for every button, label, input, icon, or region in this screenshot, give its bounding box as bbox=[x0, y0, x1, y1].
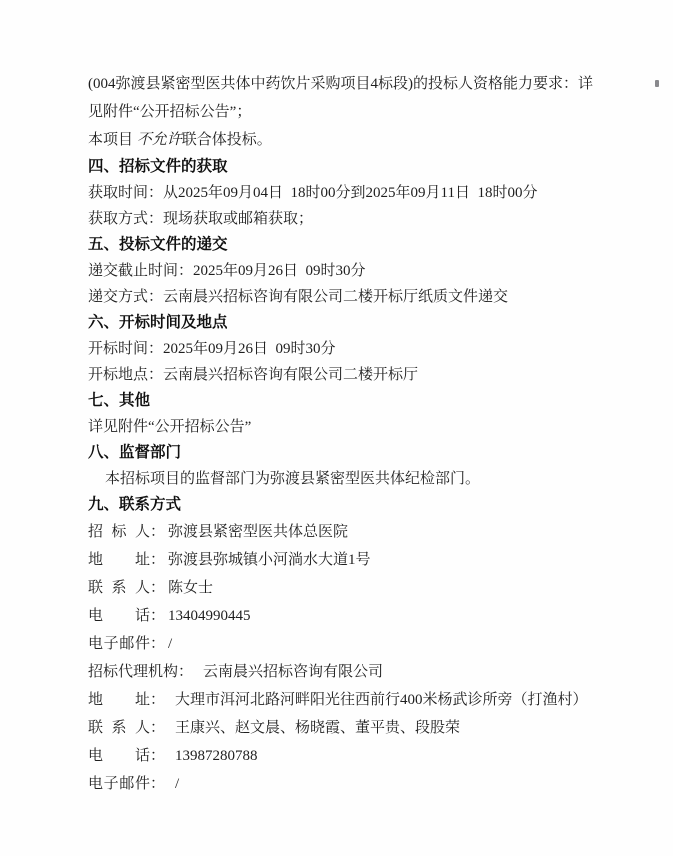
intro-line-3-pre: 本项目 bbox=[88, 132, 137, 148]
contact-colon: ： bbox=[150, 720, 165, 736]
contact-label: 地址 bbox=[88, 546, 150, 574]
contact-colon: ： bbox=[150, 524, 165, 540]
contact-row-email: 电子邮件：/ bbox=[88, 770, 643, 798]
contact-row-address: 地址：大理市洱河北路河畔阳光往西前行400米杨武诊所旁（打渔村） bbox=[88, 686, 643, 714]
contact-label: 联系人 bbox=[88, 574, 150, 602]
contact-value: 弥渡县弥城镇小河淌水大道1号 bbox=[165, 552, 371, 568]
contact-row-email: 电子邮件：/ bbox=[88, 630, 643, 658]
document-page: (004弥渡县紧密型医共体中药饮片采购项目4标段)的投标人资格能力要求：详 见附… bbox=[0, 0, 673, 856]
intro-line-3-post: 联合体投标。 bbox=[182, 132, 272, 148]
contact-row-person: 联系人：陈女士 bbox=[88, 574, 643, 602]
contact-value: 弥渡县紧密型医共体总医院 bbox=[165, 524, 348, 540]
section-line: 获取方式：现场获取或邮箱获取； bbox=[88, 206, 643, 232]
section-heading-supervision: 八、监督部门 bbox=[88, 440, 643, 466]
contact-row-phone: 电话：13404990445 bbox=[88, 602, 643, 630]
contact-label: 招标人 bbox=[88, 518, 150, 546]
contact-label: 联系人 bbox=[88, 714, 150, 742]
intro-line-1: (004弥渡县紧密型医共体中药饮片采购项目4标段)的投标人资格能力要求：详 bbox=[88, 70, 643, 98]
agency-contact-block: 招标代理机构：云南晨兴招标咨询有限公司 地址：大理市洱河北路河畔阳光往西前行40… bbox=[88, 658, 643, 798]
section-heading-contact: 九、联系方式 bbox=[88, 492, 643, 518]
section-line: 递交截止时间：2025年09月26日 09时30分 bbox=[88, 258, 643, 284]
intro-line-2: 见附件“公开招标公告”； bbox=[88, 98, 643, 126]
section-line: 递交方式：云南晨兴招标咨询有限公司二楼开标厅纸质文件递交 bbox=[88, 284, 643, 310]
contact-label: 电子邮件 bbox=[88, 770, 150, 798]
contact-label: 电话 bbox=[88, 602, 150, 630]
contact-label: 招标代理机构 bbox=[88, 658, 178, 686]
contact-value: 13404990445 bbox=[165, 608, 251, 624]
contact-colon: ： bbox=[178, 664, 193, 680]
section-line: 详见附件“公开招标公告” bbox=[88, 414, 643, 440]
section-heading-bid-opening: 六、开标时间及地点 bbox=[88, 310, 643, 336]
contact-colon: ： bbox=[150, 552, 165, 568]
contact-row-phone: 电话：13987280788 bbox=[88, 742, 643, 770]
contact-row-agency: 招标代理机构：云南晨兴招标咨询有限公司 bbox=[88, 658, 643, 686]
contact-value: 大理市洱河北路河畔阳光往西前行400米杨武诊所旁（打渔村） bbox=[165, 692, 588, 708]
contact-value: 陈女士 bbox=[165, 580, 213, 596]
contact-value: / bbox=[165, 776, 179, 792]
contact-colon: ： bbox=[150, 580, 165, 596]
contact-row-tenderer: 招标人：弥渡县紧密型医共体总医院 bbox=[88, 518, 643, 546]
scan-artifact bbox=[655, 80, 659, 87]
contact-colon: ： bbox=[150, 748, 165, 764]
contact-label: 电话 bbox=[88, 742, 150, 770]
contact-row-person: 联系人：王康兴、赵文晨、杨晓霞、董平贵、段股荣 bbox=[88, 714, 643, 742]
tenderer-contact-block: 招标人：弥渡县紧密型医共体总医院 地址：弥渡县弥城镇小河淌水大道1号 联系人：陈… bbox=[88, 518, 643, 658]
contact-value: 云南晨兴招标咨询有限公司 bbox=[193, 664, 383, 680]
contact-colon: ： bbox=[150, 692, 165, 708]
contact-value: / bbox=[165, 636, 172, 652]
section-line: 开标地点：云南晨兴招标咨询有限公司二楼开标厅 bbox=[88, 362, 643, 388]
contact-label: 电子邮件 bbox=[88, 630, 150, 658]
section-line: 开标时间：2025年09月26日 09时30分 bbox=[88, 336, 643, 362]
section-heading-document-obtain: 四、招标文件的获取 bbox=[88, 154, 643, 180]
section-line: 本招标项目的监督部门为弥渡县紧密型医共体纪检部门。 bbox=[88, 466, 643, 492]
contact-colon: ： bbox=[150, 608, 165, 624]
contact-colon: ： bbox=[150, 776, 165, 792]
contact-value: 王康兴、赵文晨、杨晓霞、董平贵、段股荣 bbox=[165, 720, 460, 736]
contact-value: 13987280788 bbox=[165, 748, 258, 764]
section-heading-other: 七、其他 bbox=[88, 388, 643, 414]
document-content: (004弥渡县紧密型医共体中药饮片采购项目4标段)的投标人资格能力要求：详 见附… bbox=[88, 70, 643, 798]
contact-colon: ： bbox=[150, 636, 165, 652]
contact-row-address: 地址：弥渡县弥城镇小河淌水大道1号 bbox=[88, 546, 643, 574]
intro-line-3: 本项目 不允许联合体投标。 bbox=[88, 126, 643, 154]
contact-label: 地址 bbox=[88, 686, 150, 714]
section-line: 获取时间：从2025年09月04日 18时00分到2025年09月11日 18时… bbox=[88, 180, 643, 206]
section-heading-bid-submission: 五、投标文件的递交 bbox=[88, 232, 643, 258]
intro-line-3-emphasis: 不允许 bbox=[137, 132, 182, 148]
